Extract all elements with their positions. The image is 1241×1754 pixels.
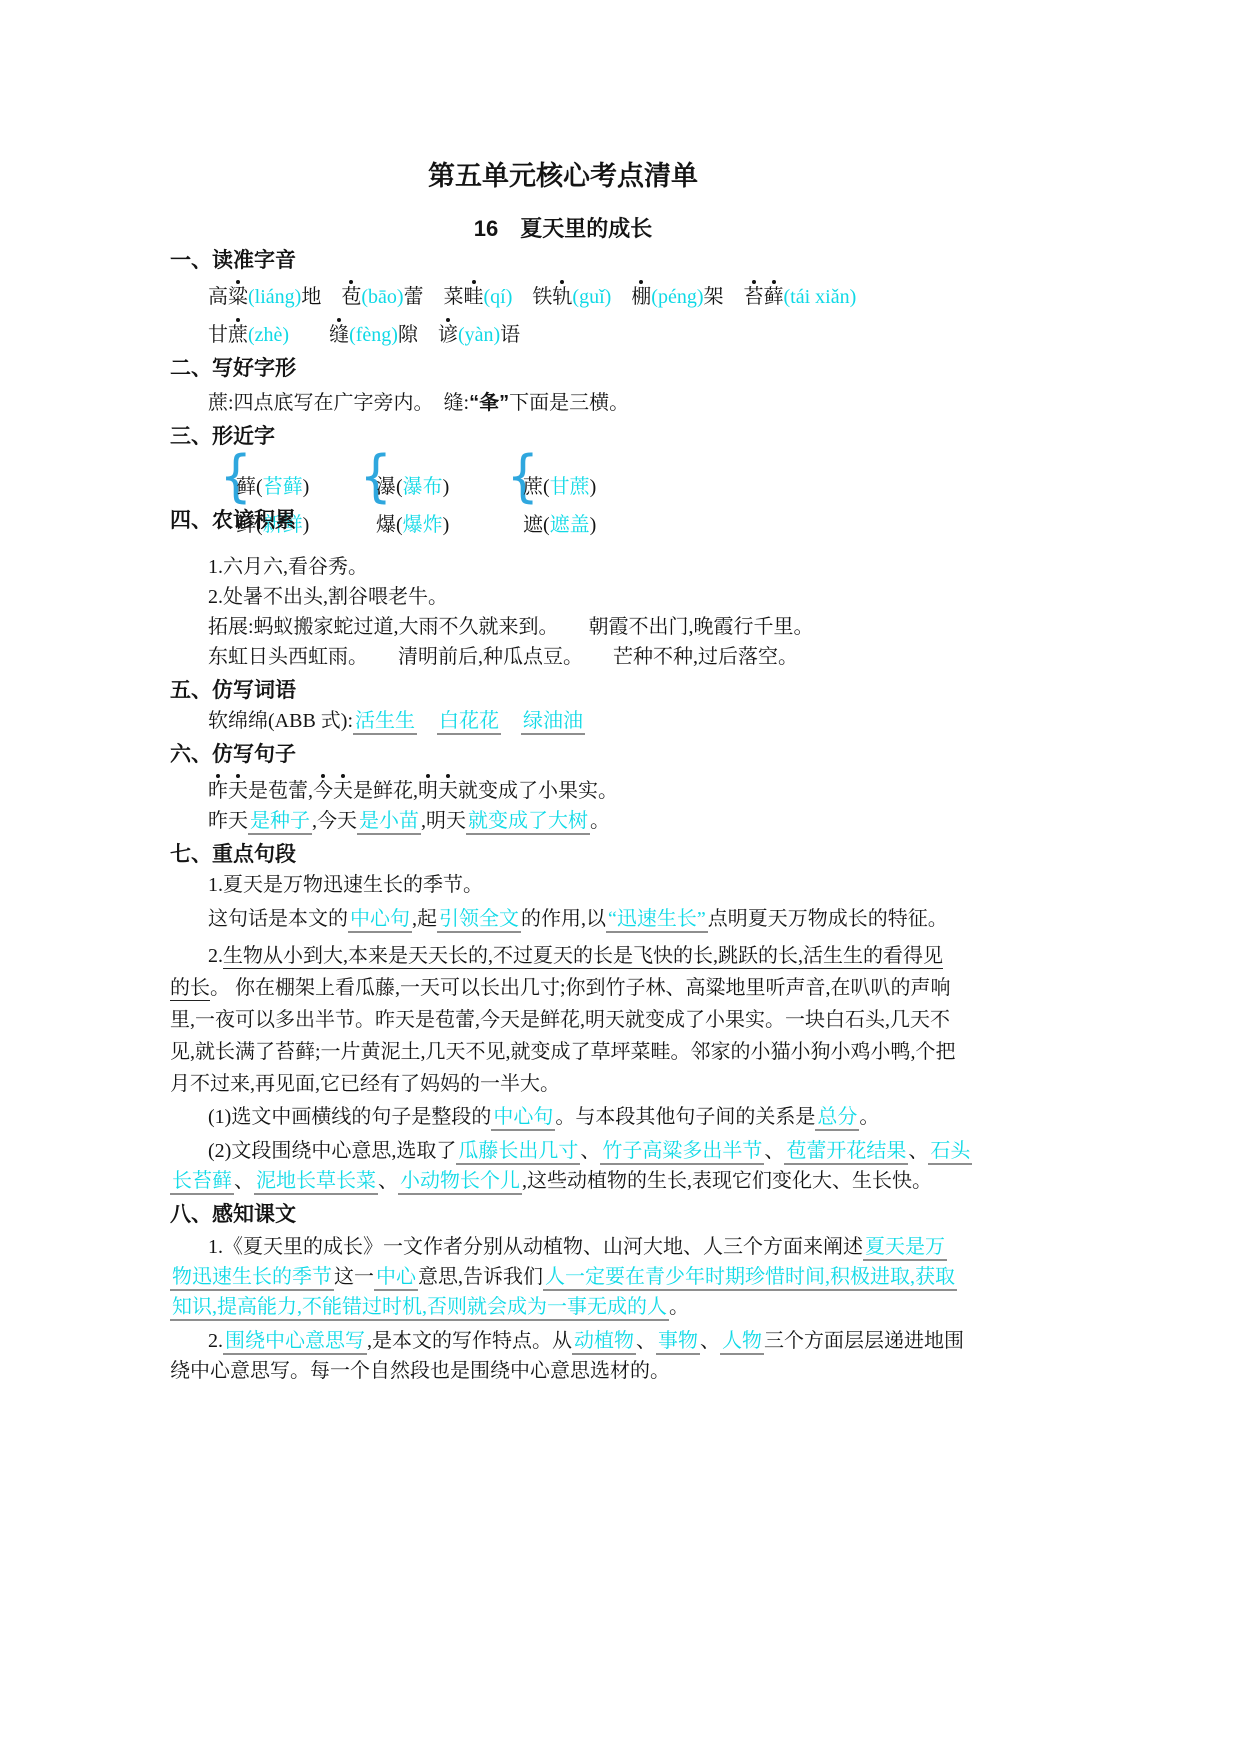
pinyin: (yàn) xyxy=(458,324,500,346)
emphasized-text: 明天 xyxy=(418,780,458,802)
emphasized-char: 明 xyxy=(418,780,438,802)
text-run xyxy=(573,646,613,668)
text-run: ( xyxy=(396,476,403,498)
text-line: 蔗:四点底写在广字旁内。 缝:“夆”下面是三横。 xyxy=(170,388,1088,418)
text-line: 绕中心意思写。每一个自然段也是围绕中心意思选材的。 xyxy=(170,1356,1088,1386)
answer-blank: 活生生 xyxy=(353,710,417,735)
text-line: 甘蔗(zhè) 缝(fèng)隙 谚(yàn)语 xyxy=(170,312,1088,350)
answer-blank: 事物 xyxy=(656,1330,700,1355)
text-line: 藓(苔藓) xyxy=(236,474,309,500)
emphasized-char: 粱 xyxy=(228,286,248,308)
text-run: 点明夏天万物成长的特征。 xyxy=(708,908,948,930)
text-run: 月不过来,再见面,它已经有了妈妈的一半大。 xyxy=(170,1073,560,1095)
text-line: 里,一夜可以多出半节。昨天是苞蕾,今天是鲜花,明天就变成了小果实。一块白石头,几… xyxy=(170,1004,1088,1036)
emphasized-char: 藓 xyxy=(764,286,784,308)
answer-blank: 中心句 xyxy=(348,908,412,933)
text-run: 里,一夜可以多出半节。昨天是苞蕾,今天是鲜花,明天就变成了小果实。一块白石头,几… xyxy=(170,1009,950,1031)
text-run xyxy=(424,392,444,414)
text-run: 遮 xyxy=(523,514,543,536)
text-line: 见,就长满了苔藓;一片黄泥土,几天不见,就变成了草坪菜畦。邻家的小猫小狗小鸡小鸭… xyxy=(170,1036,1088,1068)
text-run: 1.夏天是万物迅速生长的季节。 xyxy=(208,874,483,896)
emphasized-char: 今 xyxy=(313,780,333,802)
text-run: ) xyxy=(443,476,450,498)
text-run: 缝: xyxy=(444,392,470,414)
text-line: 1.六月六,看谷秀。 xyxy=(170,552,1088,582)
text-run: 昨天 xyxy=(208,810,248,832)
underlined-text: 生物从小到大,本来是天天长的,不过夏天的长是飞快的长,跳跃的长,活生生的看得见 xyxy=(223,945,943,969)
text-run xyxy=(611,286,631,308)
emphasized-char: 缝 xyxy=(329,324,349,346)
emphasized-text: 谚 xyxy=(438,324,458,346)
text-line: 长苔藓、泥地长草长菜、小动物长个儿,这些动植物的生长,表现它们变化大、生长快。 xyxy=(170,1166,1088,1196)
answer-blank: 长苔藓 xyxy=(170,1170,234,1195)
underlined-text: 的长 xyxy=(170,977,210,1001)
text-run: 高 xyxy=(208,286,228,308)
text-run: 爆 xyxy=(376,514,396,536)
answer-text: 爆炸 xyxy=(403,514,443,536)
text-run: 、 xyxy=(636,1330,656,1352)
emphasized-text: 苞 xyxy=(341,286,361,308)
text-run: 。与本段其他句子间的关系是 xyxy=(555,1106,815,1128)
text-line: (1)选文中画横线的句子是整段的中心句。与本段其他句子间的关系是总分。 xyxy=(170,1102,1088,1132)
answer-blank: 白花花 xyxy=(437,710,501,735)
answer-text: 苔藓 xyxy=(263,476,303,498)
section-heading: 六、仿写句子 xyxy=(170,742,1088,768)
answer-blank: 就变成了大树 xyxy=(466,810,590,835)
emphasized-text: 苔藓 xyxy=(744,286,784,308)
section-heading: 七、重点句段 xyxy=(170,842,1088,868)
text-run: 铁 xyxy=(532,286,552,308)
pinyin: (guǐ) xyxy=(572,286,611,308)
answer-blank: 物迅速生长的季节 xyxy=(170,1266,334,1291)
answer-blank: 夏天是万 xyxy=(863,1236,947,1261)
text-run: ,今天 xyxy=(312,810,357,832)
emphasized-char: 天 xyxy=(333,780,353,802)
text-run: 是鲜花, xyxy=(353,780,418,802)
answer-text: 瀑布 xyxy=(403,476,443,498)
text-run: 1.六月六,看谷秀。 xyxy=(208,556,368,578)
text-line: 的长。 你在棚架上看瓜藤,一天可以长出几寸;你到竹子林、高粱地里听声音,在叭叭的… xyxy=(170,972,1088,1004)
text-line: 遮(遮盖) xyxy=(523,512,596,538)
answer-text: 甘蔗 xyxy=(550,476,590,498)
text-line: 月不过来,再见面,它已经有了妈妈的一半大。 xyxy=(170,1068,1088,1100)
text-run: 蕾 xyxy=(404,286,424,308)
text-run xyxy=(424,286,444,308)
text-run: 架 xyxy=(704,286,724,308)
text-run: 意思,告诉我们 xyxy=(418,1266,543,1288)
text-run: ( xyxy=(543,514,550,536)
text-run: (2)文段围绕中心意思,选取了 xyxy=(208,1140,456,1162)
text-line: (2)文段围绕中心意思,选取了瓜藤长出几寸、竹子高粱多出半节、苞蕾开花结果、石头 xyxy=(170,1136,1088,1166)
text-run: 瀑 xyxy=(376,476,396,498)
section-heading: 一、读准字音 xyxy=(170,248,1088,274)
text-run xyxy=(501,710,521,732)
emphasized-text: 粱 xyxy=(228,286,248,308)
text-run: 。 xyxy=(859,1106,879,1128)
similar-characters-block: {藓(苔藓)鲜(新鲜){瀑(瀑布)爆(爆炸){蔗(甘蔗)遮(遮盖)四、农谚积累 xyxy=(170,452,1088,548)
text-run xyxy=(512,286,532,308)
text-run: ) xyxy=(303,476,310,498)
text-run: 、 xyxy=(378,1170,398,1192)
answer-text: 遮盖 xyxy=(550,514,590,536)
text-run: 清明前后,种瓜点豆。 xyxy=(398,646,573,668)
text-line: 高粱(liáng)地 苞(bāo)蕾 菜畦(qí) 铁轨(guǐ) 棚(péng… xyxy=(170,274,1088,312)
text-line: 爆(爆炸) xyxy=(376,512,449,538)
text-run: 下面是三横。 xyxy=(509,392,629,414)
text-run xyxy=(549,616,589,638)
emphasized-char: 棚 xyxy=(631,286,651,308)
text-line: 2.围绕中心意思写,是本文的写作特点。从动植物、事物、人物三个方面层层递进地围 xyxy=(170,1326,1088,1356)
text-run: 东虹日头西虹雨。 xyxy=(208,646,358,668)
text-run: 就变成了小果实。 xyxy=(458,780,618,802)
section-heading: 八、感知课文 xyxy=(170,1202,1088,1228)
text-run: 语 xyxy=(500,324,520,346)
text-run: 2. xyxy=(208,945,223,967)
emphasized-text: 畦 xyxy=(464,286,484,308)
text-run: ( xyxy=(543,476,550,498)
text-run: 芒种不种,过后落空。 xyxy=(613,646,798,668)
text-line: 2.生物从小到大,本来是天天长的,不过夏天的长是飞快的长,跳跃的长,活生生的看得… xyxy=(170,940,1088,972)
text-run: 2.处暑不出头,割谷喂老牛。 xyxy=(208,586,448,608)
text-run: ) xyxy=(303,514,310,536)
text-run: 地 xyxy=(301,286,321,308)
text-run: (1)选文中画横线的句子是整段的 xyxy=(208,1106,491,1128)
emphasized-char: 天 xyxy=(228,780,248,802)
text-line: 1.《夏天里的成长》一文作者分别从动植物、山河大地、人三个方面来阐述夏天是万 xyxy=(170,1232,1088,1262)
text-line: 知识,提高能力,不能错过时机,否则就会成为一事无成的人。 xyxy=(170,1292,1088,1322)
text-run: 绕中心意思写。每一个自然段也是围绕中心意思选材的。 xyxy=(170,1360,670,1382)
worksheet-page: 第五单元核心考点清单 16 夏天里的成长 一、读准字音高粱(liáng)地 苞(… xyxy=(0,0,1241,1754)
emphasized-char: 天 xyxy=(438,780,458,802)
emphasized-char: 苞 xyxy=(341,286,361,308)
text-line: 软绵绵(ABB 式):活生生 白花花 绿油油 xyxy=(170,706,1088,736)
text-run xyxy=(417,710,437,732)
text-run: 、 xyxy=(908,1140,928,1162)
answer-blank: 人物 xyxy=(720,1330,764,1355)
text-run: 是苞蕾, xyxy=(248,780,313,802)
pinyin: (fèng) xyxy=(349,324,398,346)
text-run: ) xyxy=(590,476,597,498)
text-line: 昨天是苞蕾,今天是鲜花,明天就变成了小果实。 xyxy=(170,768,1088,806)
pinyin: (zhè) xyxy=(248,324,289,346)
text-run: 菜 xyxy=(444,286,464,308)
text-run: 这句话是本文的 xyxy=(208,908,348,930)
bold-char: “夆” xyxy=(469,392,509,414)
section-heading: 五、仿写词语 xyxy=(170,678,1088,704)
text-run: 这一 xyxy=(334,1266,374,1288)
emphasized-char: 谚 xyxy=(438,324,458,346)
answer-blank: 苞蕾开花结果 xyxy=(784,1140,908,1165)
text-run: 三个方面层层递进地围 xyxy=(764,1330,964,1352)
text-line: 拓展:蚂蚁搬家蛇过道,大雨不久就来到。 朝霞不出门,晚霞行千里。 xyxy=(170,612,1088,642)
text-run xyxy=(321,286,341,308)
answer-blank: 是种子 xyxy=(248,810,312,835)
text-line: 东虹日头西虹雨。 清明前后,种瓜点豆。 芒种不种,过后落空。 xyxy=(170,642,1088,672)
text-run: 隙 xyxy=(398,324,418,346)
text-run: 、 xyxy=(234,1170,254,1192)
emphasized-char: 蔗 xyxy=(228,324,248,346)
answer-blank: “迅速生长” xyxy=(606,908,708,933)
section-heading: 二、写好字形 xyxy=(170,356,1088,382)
answer-blank: 总分 xyxy=(815,1106,859,1131)
answer-blank: 人一定要在青少年时期珍惜时间,积极进取,获取 xyxy=(543,1266,957,1291)
text-run xyxy=(724,286,744,308)
answer-blank: 瓜藤长出几寸 xyxy=(456,1140,580,1165)
text-run: 甘 xyxy=(208,324,228,346)
emphasized-text: 轨 xyxy=(552,286,572,308)
text-run xyxy=(418,324,438,346)
text-run: 1.《夏天里的成长》一文作者分别从动植物、山河大地、人三个方面来阐述 xyxy=(208,1236,863,1258)
pinyin: (liáng) xyxy=(248,286,301,308)
text-line: 蔗(甘蔗) xyxy=(523,474,596,500)
text-run: ,明天 xyxy=(421,810,466,832)
answer-blank: 中心 xyxy=(374,1266,418,1291)
text-run: 、 xyxy=(764,1140,784,1162)
lesson-title: 16 夏天里的成长 xyxy=(170,216,1088,242)
text-run: 。 xyxy=(669,1296,689,1318)
text-run: ,这些动植物的生长,表现它们变化大、生长快。 xyxy=(522,1170,932,1192)
text-run xyxy=(289,324,329,346)
answer-blank: 围绕中心意思写 xyxy=(223,1330,367,1355)
pinyin: (bāo) xyxy=(361,286,403,308)
text-run: 。 你在棚架上看瓜藤,一天可以长出几寸;你到竹子林、高粱地里听声音,在叭叭的声响 xyxy=(210,977,951,999)
emphasized-text: 蔗 xyxy=(228,324,248,346)
text-run: ) xyxy=(590,514,597,536)
text-run: 软绵绵(ABB 式): xyxy=(208,710,353,732)
answer-blank: 引领全文 xyxy=(437,908,521,933)
emphasized-char: 轨 xyxy=(552,286,572,308)
section-heading: 四、农谚积累 xyxy=(170,508,296,534)
answer-blank: 小动物长个儿 xyxy=(398,1170,522,1195)
answer-blank: 石头 xyxy=(928,1140,972,1165)
text-run: 藓 xyxy=(236,476,256,498)
text-line: 这句话是本文的中心句,起引领全文的作用,以“迅速生长”点明夏天万物成长的特征。 xyxy=(170,904,1088,934)
answer-blank: 绿油油 xyxy=(521,710,585,735)
document-body: 第五单元核心考点清单 16 夏天里的成长 一、读准字音高粱(liáng)地 苞(… xyxy=(170,146,1088,1386)
text-run: 2. xyxy=(208,1330,223,1352)
answer-blank: 泥地长草长菜 xyxy=(254,1170,378,1195)
text-run: 蔗 xyxy=(523,476,543,498)
emphasized-char: 畦 xyxy=(464,286,484,308)
document-blocks: 一、读准字音高粱(liáng)地 苞(bāo)蕾 菜畦(qí) 铁轨(guǐ) … xyxy=(170,248,1088,1386)
section-heading: 三、形近字 xyxy=(170,424,1088,450)
answer-blank: 知识,提高能力,不能错过时机,否则就会成为一事无成的人 xyxy=(170,1296,669,1321)
text-run: ( xyxy=(256,476,263,498)
text-line: 2.处暑不出头,割谷喂老牛。 xyxy=(170,582,1088,612)
text-run: 、 xyxy=(700,1330,720,1352)
pinyin: (tái xiǎn) xyxy=(784,286,857,308)
text-run: 、 xyxy=(580,1140,600,1162)
emphasized-text: 棚 xyxy=(631,286,651,308)
pinyin: (péng) xyxy=(651,286,703,308)
text-line: 物迅速生长的季节这一中心意思,告诉我们人一定要在青少年时期珍惜时间,积极进取,获… xyxy=(170,1262,1088,1292)
emphasized-text: 缝 xyxy=(329,324,349,346)
text-run: 的作用,以 xyxy=(521,908,606,930)
text-run: 蔗:四点底写在广字旁内。 xyxy=(208,392,424,414)
text-run: ) xyxy=(443,514,450,536)
answer-blank: 动植物 xyxy=(572,1330,636,1355)
text-run: ( xyxy=(396,514,403,536)
answer-blank: 竹子高粱多出半节 xyxy=(600,1140,764,1165)
emphasized-char: 昨 xyxy=(208,780,228,802)
text-run: ,起 xyxy=(412,908,437,930)
text-line: 1.夏天是万物迅速生长的季节。 xyxy=(170,870,1088,900)
text-run xyxy=(358,646,398,668)
text-run: 见,就长满了苔藓;一片黄泥土,几天不见,就变成了草坪菜畦。邻家的小猫小狗小鸡小鸭… xyxy=(170,1041,956,1063)
emphasized-text: 昨天 xyxy=(208,780,248,802)
text-run: 。 xyxy=(590,810,610,832)
answer-blank: 是小苗 xyxy=(357,810,421,835)
text-line: 瀑(瀑布) xyxy=(376,474,449,500)
text-run: 拓展:蚂蚁搬家蛇过道,大雨不久就来到。 xyxy=(208,616,549,638)
text-run: 朝霞不出门,晚霞行千里。 xyxy=(589,616,814,638)
emphasized-text: 今天 xyxy=(313,780,353,802)
text-run: ,是本文的写作特点。从 xyxy=(367,1330,572,1352)
text-line: 昨天是种子,今天是小苗,明天就变成了大树。 xyxy=(170,806,1088,836)
page-title: 第五单元核心考点清单 xyxy=(170,160,1088,192)
answer-blank: 中心句 xyxy=(491,1106,555,1131)
emphasized-char: 苔 xyxy=(744,286,764,308)
pinyin: (qí) xyxy=(484,286,513,308)
